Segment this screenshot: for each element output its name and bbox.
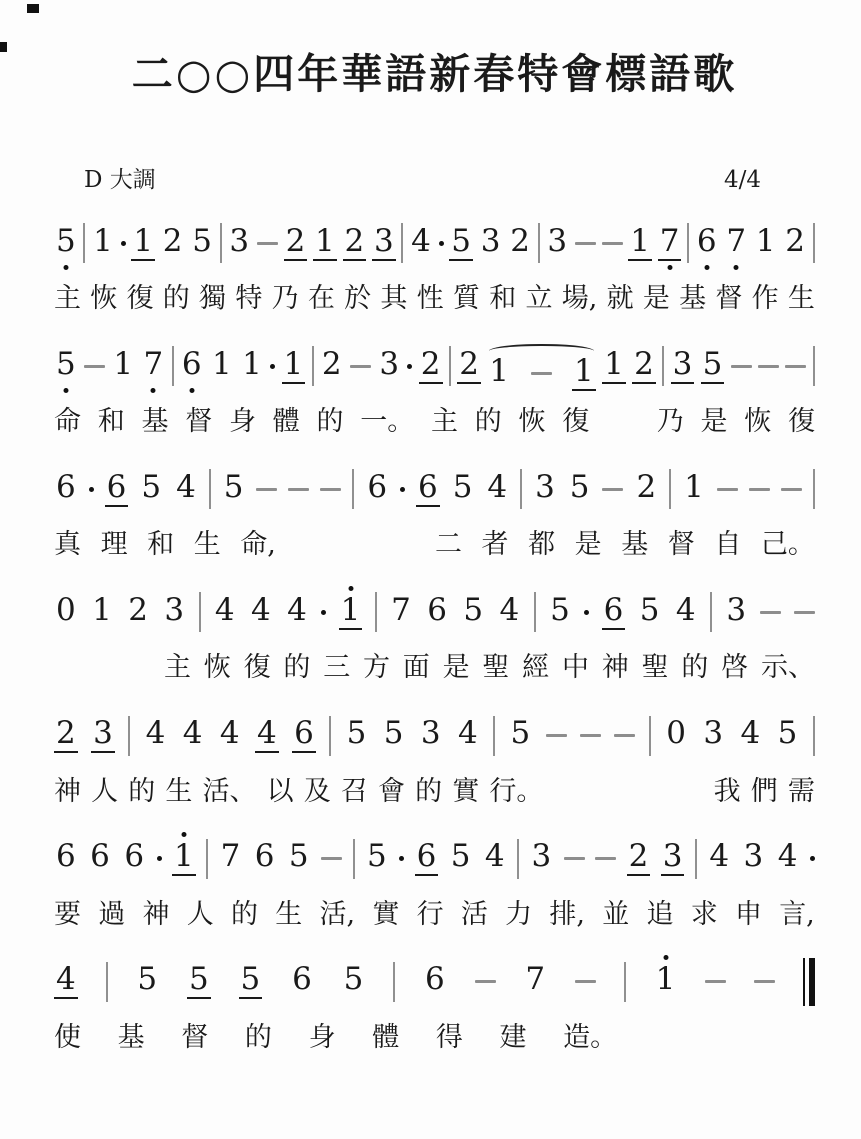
note-number: 5 — [638, 595, 662, 630]
note: 2 — [634, 472, 658, 507]
note: 6 — [415, 841, 439, 876]
note-number: 2 — [634, 472, 658, 507]
duration-dash — [785, 365, 806, 368]
lyric-char: 主 — [164, 650, 191, 685]
lyric-char: 恢 — [744, 404, 771, 439]
duration-dash — [350, 365, 371, 368]
lyric-char: 基 — [621, 527, 648, 562]
note-number: 1 — [111, 349, 135, 384]
music-system-6: 66617655654323434要過神人的生活,實行活力排,並追求申言, — [54, 834, 815, 932]
lyric-char: 會 — [378, 774, 405, 809]
note: 5 — [461, 595, 485, 630]
barline — [352, 469, 354, 509]
duration-dash — [731, 365, 752, 368]
lyric-char: 是 — [701, 404, 728, 439]
note-number: 4 — [213, 595, 237, 630]
lyric-gap — [606, 429, 640, 430]
barline — [172, 346, 174, 386]
note-number: 4 — [483, 841, 507, 876]
note-number: 7 — [724, 226, 748, 261]
note: 1 — [754, 226, 778, 261]
lyric-char: 復 — [562, 404, 589, 439]
lyric-char: 生 — [165, 774, 192, 809]
note: 5 — [239, 964, 263, 999]
note: 4 — [776, 841, 800, 876]
music-system-2: 51761112322111235命和基督身體的一。主的恢復乃是恢復 — [54, 341, 815, 439]
barline — [649, 716, 651, 756]
octave-dot-above-icon — [181, 832, 186, 837]
music-system-4: 01234441765456543主恢復的三方面是聖經中神聖的啓示、 — [54, 587, 815, 685]
note: 2 — [783, 226, 807, 261]
note: 5 — [365, 841, 389, 876]
note-number: 6 — [425, 595, 449, 630]
lyric-char: 和 — [489, 281, 516, 316]
duration-dash — [758, 365, 779, 368]
note-number: 5 — [222, 472, 246, 507]
note-number: 1 — [282, 349, 306, 384]
note-number: 6 — [105, 472, 129, 507]
note: 6 — [122, 841, 146, 876]
barline — [695, 839, 697, 879]
note-number: 5 — [287, 841, 311, 876]
lyric-char: 己。 — [761, 527, 815, 562]
note-number: 2 — [161, 226, 185, 261]
duration-dash — [794, 611, 815, 614]
note-number: 2 — [54, 718, 78, 753]
note-number: 0 — [54, 595, 78, 630]
note-number: 1 — [210, 349, 234, 384]
lyric-char: 督 — [715, 281, 742, 316]
note: 2 — [627, 841, 651, 876]
augmentation-dot-icon — [439, 241, 444, 246]
music-system-1: 511253212345323176712主恢復的獨特乃在於其性質和立場,就是基… — [54, 218, 815, 316]
note-number: 7 — [523, 964, 547, 999]
note-high-octave: 1 — [654, 964, 678, 999]
note-number: 5 — [449, 226, 473, 261]
lyric-char: 面 — [403, 650, 430, 685]
lyric-char: 身 — [229, 404, 256, 439]
note: 1 — [131, 226, 155, 261]
lyric-char: 的 — [317, 404, 344, 439]
note-low-octave: 5 — [54, 226, 78, 261]
note-number: 6 — [88, 841, 112, 876]
note: 1 — [240, 349, 264, 384]
augmentation-dot-icon — [407, 364, 412, 369]
note-number: 3 — [162, 595, 186, 630]
lyric-char: 並 — [602, 897, 629, 932]
note-number: 7 — [389, 595, 413, 630]
lyric-char: 的 — [681, 650, 708, 685]
note-number: 6 — [54, 841, 78, 876]
lyric-char: 建 — [499, 1020, 526, 1055]
note-number: 1 — [628, 226, 652, 261]
note: 2 — [161, 226, 185, 261]
lyric-char: 場, — [562, 281, 598, 316]
note-number: 2 — [783, 226, 807, 261]
note-number: 1 — [131, 226, 155, 261]
lyric-char: 以 — [267, 774, 294, 809]
note: 5 — [449, 226, 473, 261]
lyric-char: 命 — [54, 404, 81, 439]
lyric-char: 其 — [380, 281, 407, 316]
lyric-char: 求 — [691, 897, 718, 932]
lyric-char: 召 — [341, 774, 368, 809]
augmentation-dot-icon — [810, 856, 815, 861]
note-number: 5 — [776, 718, 800, 753]
lyric-char: 乃 — [272, 281, 299, 316]
note-number: 3 — [377, 349, 401, 384]
note-number: 1 — [654, 964, 678, 999]
note: 3 — [91, 718, 115, 753]
lyric-char: 主 — [54, 281, 81, 316]
barline — [353, 839, 355, 879]
lyrics-line: 主恢復的獨特乃在於其性質和立場,就是基督作生 — [54, 281, 815, 316]
barline — [517, 839, 519, 879]
note: 5 — [135, 964, 159, 999]
barline — [209, 469, 211, 509]
note-number: 4 — [218, 718, 242, 753]
duration-dash — [749, 488, 770, 491]
note-number: 6 — [253, 841, 277, 876]
note-number: 4 — [674, 595, 698, 630]
music-system-3: 6654566543521真理和生命,二者都是基督自己。 — [54, 464, 815, 562]
note-number: 5 — [139, 472, 163, 507]
note: 6 — [292, 718, 316, 753]
lyric-char: 和 — [147, 527, 174, 562]
note: 6 — [54, 472, 78, 507]
lyric-char: 行 — [417, 897, 444, 932]
duration-dash — [321, 857, 342, 860]
note-number: 3 — [724, 595, 748, 630]
note: 4 — [255, 718, 279, 753]
note: 3 — [372, 226, 396, 261]
note-number: 2 — [284, 226, 308, 261]
note-number: 4 — [144, 718, 168, 753]
octave-dot-below-icon — [151, 388, 156, 393]
octave-dot-below-icon — [667, 265, 672, 270]
barline — [520, 469, 522, 509]
note-number: 5 — [54, 226, 78, 261]
music-system-7: 455565671使基督的身體得建造。 — [54, 957, 815, 1055]
note-number: 5 — [509, 718, 533, 753]
note-number: 4 — [181, 718, 205, 753]
note-number: 1 — [240, 349, 264, 384]
note: 6 — [602, 595, 626, 630]
time-signature: 4/4 — [724, 167, 761, 193]
note-low-octave: 7 — [724, 226, 748, 261]
note-number: 3 — [479, 226, 503, 261]
duration-dash — [717, 488, 738, 491]
scan-artifact — [27, 4, 39, 13]
note: 5 — [345, 718, 369, 753]
note: 6 — [253, 841, 277, 876]
barline — [813, 346, 815, 386]
lyric-char: 理 — [101, 527, 128, 562]
note: 6 — [105, 472, 129, 507]
lyric-char: 們 — [751, 774, 778, 809]
lyric-char: 的 — [128, 774, 155, 809]
duration-dash — [614, 734, 635, 737]
note-number: 5 — [345, 718, 369, 753]
lyric-char: 的 — [245, 1020, 272, 1055]
lyric-char: 體 — [273, 404, 300, 439]
lyric-char: 啓 — [721, 650, 748, 685]
barline — [710, 592, 712, 632]
lyric-char: 需 — [788, 774, 815, 809]
note-number: 5 — [451, 472, 475, 507]
lyric-char: 申 — [735, 897, 762, 932]
lyric-char: 生 — [275, 897, 302, 932]
lyric-char: 督 — [181, 1020, 208, 1055]
note-low-octave: 6 — [695, 226, 719, 261]
octave-dot-below-icon — [734, 265, 739, 270]
lyric-char: 的 — [283, 650, 310, 685]
octave-dot-above-icon — [663, 955, 668, 960]
note-number: 6 — [415, 841, 439, 876]
barline — [220, 223, 222, 263]
lyric-char: 的 — [415, 774, 442, 809]
note: 2 — [457, 349, 481, 384]
note: 5 — [342, 964, 366, 999]
note-number: 5 — [187, 964, 211, 999]
duration-dash — [84, 365, 105, 368]
lyrics-line: 主恢復的三方面是聖經中神聖的啓示、 — [164, 650, 815, 685]
note-number: 6 — [292, 718, 316, 753]
duration-dash — [760, 611, 781, 614]
note: 5 — [222, 472, 246, 507]
lyric-char: 及 — [304, 774, 331, 809]
lyric-char: 追 — [646, 897, 673, 932]
note-number: 3 — [419, 718, 443, 753]
note: 4 — [54, 964, 78, 999]
lyric-char: 是 — [643, 281, 670, 316]
lyric-char: 的 — [163, 281, 190, 316]
lyric-char: 於 — [344, 281, 371, 316]
note-number: 4 — [498, 595, 522, 630]
note: 5 — [139, 472, 163, 507]
note: 7 — [219, 841, 243, 876]
duration-dash — [575, 980, 596, 983]
note-number: 5 — [239, 964, 263, 999]
octave-dot-below-icon — [63, 265, 68, 270]
note-high-octave: 1 — [172, 841, 196, 876]
barline — [813, 469, 815, 509]
note: 4 — [483, 841, 507, 876]
note-number: 3 — [227, 226, 251, 261]
augmentation-dot-icon — [157, 856, 162, 861]
note-number: 5 — [701, 349, 725, 384]
note: 5 — [701, 349, 725, 384]
lyric-char: 力 — [505, 897, 532, 932]
note: 3 — [545, 226, 569, 261]
note: 7 — [523, 964, 547, 999]
note-number: 7 — [658, 226, 682, 261]
note: 6 — [416, 472, 440, 507]
note: 2 — [284, 226, 308, 261]
augmentation-dot-icon — [270, 364, 275, 369]
note: 2 — [126, 595, 150, 630]
note: 6 — [425, 595, 449, 630]
note: 1 — [90, 595, 114, 630]
note-number: 2 — [419, 349, 443, 384]
note-number: 5 — [54, 349, 78, 384]
note-number: 6 — [423, 964, 447, 999]
lyric-char: 示、 — [761, 650, 815, 685]
note: 6 — [290, 964, 314, 999]
note: 1 — [628, 226, 652, 261]
lyric-char: 復 — [244, 650, 271, 685]
note: 4 — [218, 718, 242, 753]
octave-dot-below-icon — [189, 388, 194, 393]
lyric-char: 命, — [240, 527, 276, 562]
barline — [669, 469, 671, 509]
note-number: 1 — [754, 226, 778, 261]
note: 4 — [181, 718, 205, 753]
note-number: 3 — [91, 718, 115, 753]
barline — [813, 223, 815, 263]
duration-dash — [575, 242, 596, 245]
barline — [199, 592, 201, 632]
octave-dot-above-icon — [348, 586, 353, 591]
notation-line: 511253212345323176712 — [54, 218, 815, 268]
lyric-char: 督 — [668, 527, 695, 562]
notation-line: 01234441765456543 — [54, 587, 815, 637]
note: 4 — [144, 718, 168, 753]
note-number: 3 — [372, 226, 396, 261]
note: 2 — [54, 718, 78, 753]
lyric-char: 過 — [98, 897, 125, 932]
note-number: 4 — [776, 841, 800, 876]
note-number: 1 — [487, 356, 511, 391]
note: 1 — [682, 472, 706, 507]
note-number: 2 — [320, 349, 344, 384]
note-number: 6 — [416, 472, 440, 507]
lyric-char: 生 — [788, 281, 815, 316]
lyric-char: 三 — [323, 650, 350, 685]
lyric-char: 的 — [475, 404, 502, 439]
note: 1 — [111, 349, 135, 384]
note: 4 — [707, 841, 731, 876]
lyric-char: 造。 — [563, 1020, 617, 1055]
note: 2 — [343, 226, 367, 261]
note: 7 — [389, 595, 413, 630]
lyric-char: 活、 — [203, 774, 257, 809]
note-number: 4 — [54, 964, 78, 999]
barline — [312, 346, 314, 386]
note-number: 2 — [126, 595, 150, 630]
note: 3 — [419, 718, 443, 753]
lyric-char: 神 — [143, 897, 170, 932]
note-number: 5 — [135, 964, 159, 999]
barline — [83, 223, 85, 263]
note-number: 3 — [671, 349, 695, 384]
duration-dash — [602, 488, 623, 491]
note-number: 6 — [122, 841, 146, 876]
lyric-char: 質 — [453, 281, 480, 316]
lyric-char: 我 — [714, 774, 741, 809]
lyric-char: 真 — [54, 527, 81, 562]
lyric-char: 復 — [127, 281, 154, 316]
lyric-char: 行。 — [489, 774, 543, 809]
barline — [813, 716, 815, 756]
notation-line: 6654566543521 — [54, 464, 815, 514]
lyric-char: 基 — [142, 404, 169, 439]
duration-dash — [288, 488, 309, 491]
duration-dash — [595, 857, 616, 860]
lyrics-line: 要過神人的生活,實行活力排,並追求申言, — [54, 897, 815, 932]
duration-dash — [256, 488, 277, 491]
notation-line: 51761112322111235 — [54, 341, 815, 391]
lyric-char: 立 — [525, 281, 552, 316]
lyric-char: 活 — [461, 897, 488, 932]
note-number: 3 — [530, 841, 554, 876]
note: 1 — [91, 226, 115, 261]
note: 4 — [485, 472, 509, 507]
barline — [687, 223, 689, 263]
barline — [393, 962, 395, 1002]
note-number: 5 — [382, 718, 406, 753]
note: 3 — [724, 595, 748, 630]
note-low-octave: 7 — [658, 226, 682, 261]
song-title: 二○○四年華語新春特會標語歌 — [54, 0, 815, 99]
note-number: 3 — [661, 841, 685, 876]
note-number: 4 — [707, 841, 731, 876]
lyric-char: 性 — [417, 281, 444, 316]
barline — [106, 962, 108, 1002]
note: 3 — [227, 226, 251, 261]
duration-dash — [531, 372, 552, 375]
duration-dash — [320, 488, 341, 491]
note-number: 1 — [682, 472, 706, 507]
lyric-char: 人 — [91, 774, 118, 809]
lyric-char: 經 — [522, 650, 549, 685]
note-number: 4 — [285, 595, 309, 630]
note-number: 6 — [290, 964, 314, 999]
note: 4 — [249, 595, 273, 630]
note-number: 4 — [174, 472, 198, 507]
note-number: 2 — [627, 841, 651, 876]
note: 1 — [282, 349, 306, 384]
lyric-char: 乃 — [657, 404, 684, 439]
key-signature: D 大調 — [84, 161, 156, 194]
augmentation-dot-icon — [89, 487, 94, 492]
duration-dash — [602, 242, 623, 245]
note: 6 — [365, 472, 389, 507]
note: 2 — [320, 349, 344, 384]
note: 6 — [54, 841, 78, 876]
lyric-char: 特 — [235, 281, 262, 316]
lyric-char: 生 — [194, 527, 221, 562]
notation-line: 455565671 — [54, 957, 815, 1007]
augmentation-dot-icon — [399, 856, 404, 861]
lyric-char: 實 — [372, 897, 399, 932]
augmentation-dot-icon — [321, 610, 326, 615]
lyrics-line: 神人的生活、以及召會的實行。我們需 — [54, 774, 815, 809]
note: 5 — [451, 472, 475, 507]
note-number: 6 — [602, 595, 626, 630]
lyric-char: 的 — [231, 897, 258, 932]
note: 5 — [382, 718, 406, 753]
final-barline-thick — [809, 958, 815, 1006]
lyric-char: 作 — [752, 281, 779, 316]
note: 0 — [54, 595, 78, 630]
note-number: 2 — [508, 226, 532, 261]
lyric-char: 言, — [779, 897, 815, 932]
duration-dash — [564, 857, 585, 860]
note: 5 — [449, 841, 473, 876]
note-number: 6 — [54, 472, 78, 507]
note-number: 2 — [457, 349, 481, 384]
